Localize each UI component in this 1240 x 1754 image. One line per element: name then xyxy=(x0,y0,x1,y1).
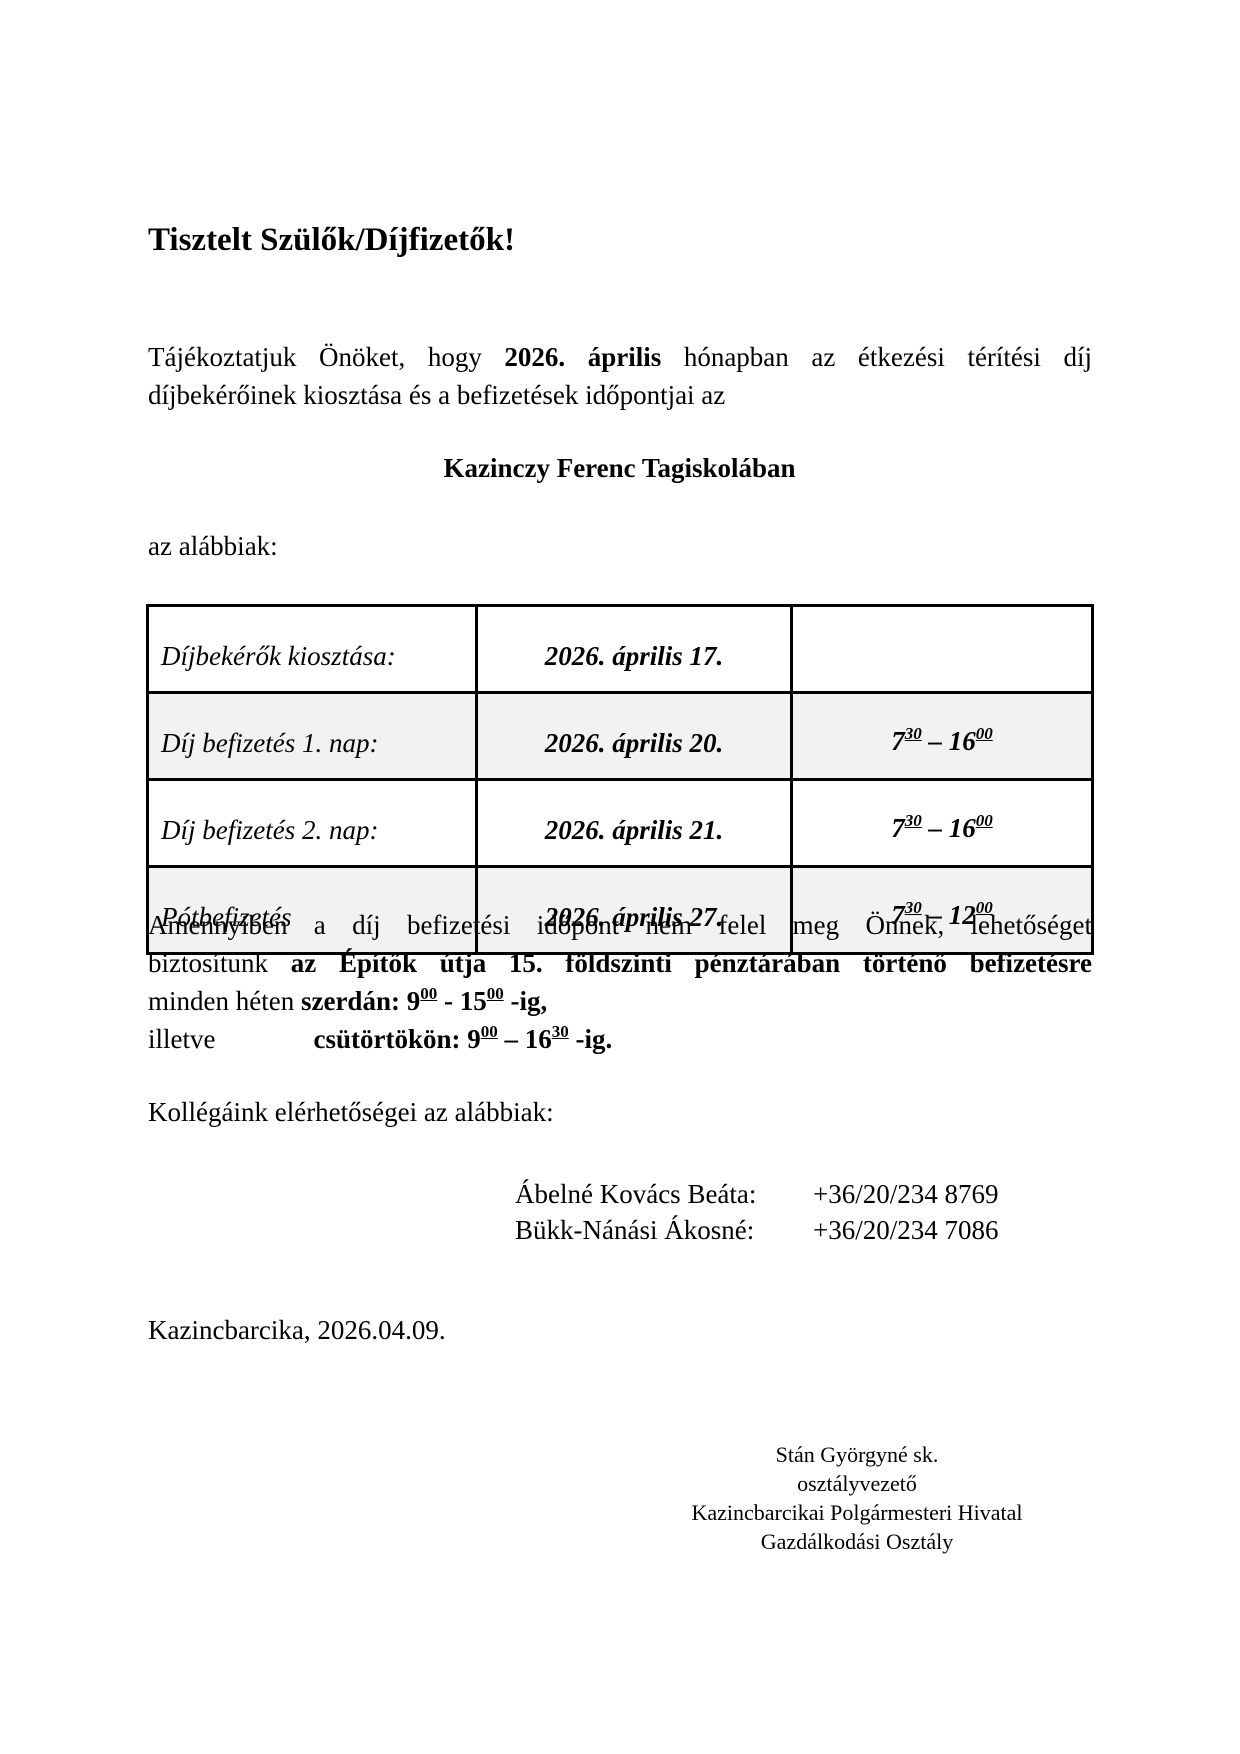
schedule-label: Díj befizetés 1. nap: xyxy=(148,693,477,780)
wednesday-hours: 900 - 1500 -ig, xyxy=(407,986,548,1016)
greeting-heading: Tisztelt Szülők/Díjfizetők! xyxy=(148,222,515,259)
contact-name: Bükk-Nánási Ákosné: xyxy=(515,1212,813,1248)
contacts-list: Ábelné Kovács Beáta: +36/20/234 8769 Bük… xyxy=(515,1176,998,1248)
school-name: Kazinczy Ferenc Tagiskolában xyxy=(147,453,1092,484)
end-minutes: 30 xyxy=(552,1022,569,1041)
alt-line-2-bold: az Építők útja 15. földszinti pénztárába… xyxy=(291,948,1092,978)
contact-name: Ábelné Kovács Beáta: xyxy=(515,1176,813,1212)
thursday-hours: 900 – 1630 -ig. xyxy=(467,1024,612,1054)
contact-phone: +36/20/234 7086 xyxy=(813,1212,998,1248)
thursday-label: csütörtökön: xyxy=(313,1024,467,1054)
schedule-time xyxy=(792,606,1093,693)
schedule-date: 2026. április 17. xyxy=(477,606,792,693)
end-minutes: 00 xyxy=(976,811,993,830)
contact-row: Ábelné Kovács Beáta: +36/20/234 8769 xyxy=(515,1176,998,1212)
start-minutes: 00 xyxy=(481,1022,498,1041)
signer-organization: Kazincbarcikai Polgármesteri Hivatal xyxy=(657,1498,1057,1527)
signer-name: Stán Györgyné sk. xyxy=(657,1440,1057,1469)
alt-line-4: illetvecsütörtökön: 900 – 1630 -ig. xyxy=(148,1020,1092,1058)
start-minutes: 00 xyxy=(420,984,437,1003)
signature-block: Stán Györgyné sk. osztályvezető Kazincba… xyxy=(657,1440,1057,1556)
contact-row: Bükk-Nánási Ákosné: +36/20/234 7086 xyxy=(515,1212,998,1248)
schedule-date: 2026. április 20. xyxy=(477,693,792,780)
schedule-date: 2026. április 21. xyxy=(477,780,792,867)
end-minutes: 00 xyxy=(487,984,504,1003)
alt-line-2-plain: biztosítunk xyxy=(148,948,291,978)
signer-title: osztályvezető xyxy=(657,1469,1057,1498)
signer-department: Gazdálkodási Osztály xyxy=(657,1527,1057,1556)
schedule-label: Díj befizetés 2. nap: xyxy=(148,780,477,867)
start-minutes: 30 xyxy=(905,724,922,743)
schedule-table: Díjbekérők kiosztása:2026. április 17.Dí… xyxy=(146,604,1094,955)
schedule-row: Díj befizetés 2. nap:2026. április 21.73… xyxy=(148,780,1093,867)
intro-month: 2026. április xyxy=(504,342,661,372)
alt-line-1: Amennyiben a díj befizetési időpont nem … xyxy=(148,906,1092,944)
schedule-row: Díjbekérők kiosztása:2026. április 17. xyxy=(148,606,1093,693)
alt-line-3-plain: minden héten xyxy=(148,986,301,1016)
schedule-label: Díjbekérők kiosztása: xyxy=(148,606,477,693)
alt-line-4-plain: illetve xyxy=(148,1024,215,1054)
end-minutes: 00 xyxy=(976,724,993,743)
lead-text: az alábbiak: xyxy=(148,531,278,562)
intro-text-before: Tájékoztatjuk Önöket, hogy xyxy=(148,342,504,372)
schedule-time: 730 – 1600 xyxy=(792,780,1093,867)
schedule-time: 730 – 1600 xyxy=(792,693,1093,780)
contacts-intro: Kollégáink elérhetőségei az alábbiak: xyxy=(148,1097,554,1128)
alt-line-3: minden héten szerdán: 900 - 1500 -ig, xyxy=(148,982,1092,1020)
contact-phone: +36/20/234 8769 xyxy=(813,1176,998,1212)
schedule-row: Díj befizetés 1. nap:2026. április 20.73… xyxy=(148,693,1093,780)
alternative-paragraph: Amennyiben a díj befizetési időpont nem … xyxy=(148,906,1092,1058)
place-date: Kazincbarcika, 2026.04.09. xyxy=(148,1315,446,1346)
alt-line-2: biztosítunk az Építők útja 15. földszint… xyxy=(148,944,1092,982)
start-minutes: 30 xyxy=(905,811,922,830)
wednesday-label: szerdán: xyxy=(301,986,407,1016)
intro-paragraph: Tájékoztatjuk Önöket, hogy 2026. április… xyxy=(148,338,1092,414)
